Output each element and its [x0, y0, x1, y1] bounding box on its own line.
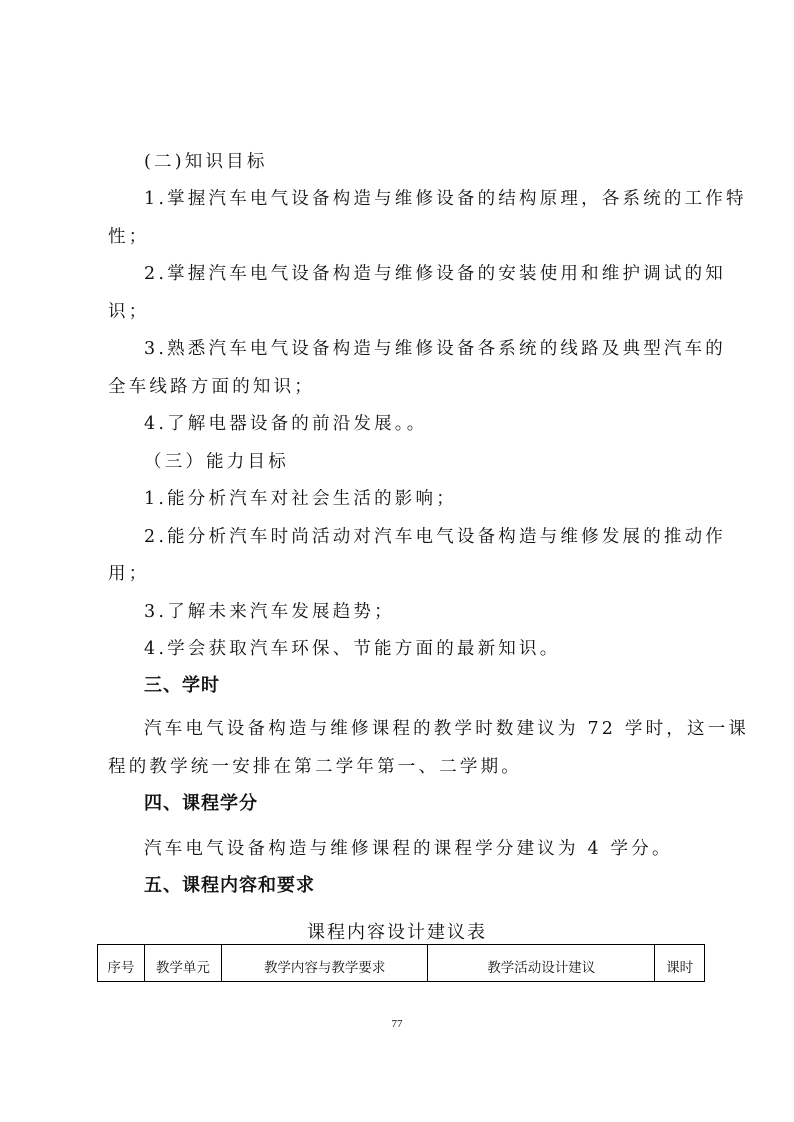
- col-header-index: 序号: [98, 945, 145, 982]
- knowledge-item-2-line2: 识；: [108, 301, 149, 323]
- credits-paragraph: 汽车电气设备构造与维修课程的课程学分建议为 4 学分。: [144, 838, 673, 860]
- section-hours-heading: 三、学时: [144, 675, 220, 697]
- ability-item-2-line2: 用；: [108, 563, 149, 585]
- ability-goals-heading: （三）能力目标: [144, 451, 289, 473]
- ability-item-2-line1: 2.能分析汽车时尚活动对汽车电气设备构造与维修发展的推动作: [144, 526, 726, 548]
- table-header-row: 序号 教学单元 教学内容与教学要求 教学活动设计建议 课时: [98, 945, 705, 982]
- knowledge-item-4: 4.了解电器设备的前沿发展。。: [144, 413, 427, 435]
- section-credits-heading: 四、课程学分: [144, 793, 258, 815]
- hours-paragraph-line2: 程的教学统一安排在第二学年第一、二学期。: [108, 756, 522, 778]
- col-header-activity-suggestions: 教学活动设计建议: [428, 945, 655, 982]
- ability-item-1: 1.能分析汽车对社会生活的影响；: [144, 488, 457, 510]
- knowledge-item-1-line1: 1.掌握汽车电气设备构造与维修设备的结构原理，各系统的工作特: [144, 188, 747, 210]
- hours-paragraph-line1: 汽车电气设备构造与维修课程的教学时数建议为 72 学时，这一课: [144, 718, 749, 740]
- section-content-heading: 五、课程内容和要求: [144, 875, 315, 897]
- col-header-unit: 教学单元: [144, 945, 221, 982]
- course-content-table: 序号 教学单元 教学内容与教学要求 教学活动设计建议 课时: [97, 944, 705, 982]
- col-header-hours: 课时: [655, 945, 705, 982]
- table-caption: 课程内容设计建议表: [0, 918, 794, 944]
- knowledge-item-3-line2: 全车线路方面的知识；: [108, 376, 315, 398]
- knowledge-item-2-line1: 2.掌握汽车电气设备构造与维修设备的安装使用和维护调试的知: [144, 263, 726, 285]
- knowledge-goals-heading: (二)知识目标: [144, 151, 268, 173]
- knowledge-item-1-line2: 性；: [108, 226, 149, 248]
- page-number: 77: [0, 1018, 794, 1030]
- knowledge-item-3-line1: 3.熟悉汽车电气设备构造与维修设备各系统的线路及典型汽车的: [144, 338, 726, 360]
- ability-item-4: 4.学会获取汽车环保、节能方面的最新知识。: [144, 638, 560, 660]
- col-header-content-requirements: 教学内容与教学要求: [222, 945, 428, 982]
- ability-item-3: 3.了解未来汽车发展趋势；: [144, 601, 395, 623]
